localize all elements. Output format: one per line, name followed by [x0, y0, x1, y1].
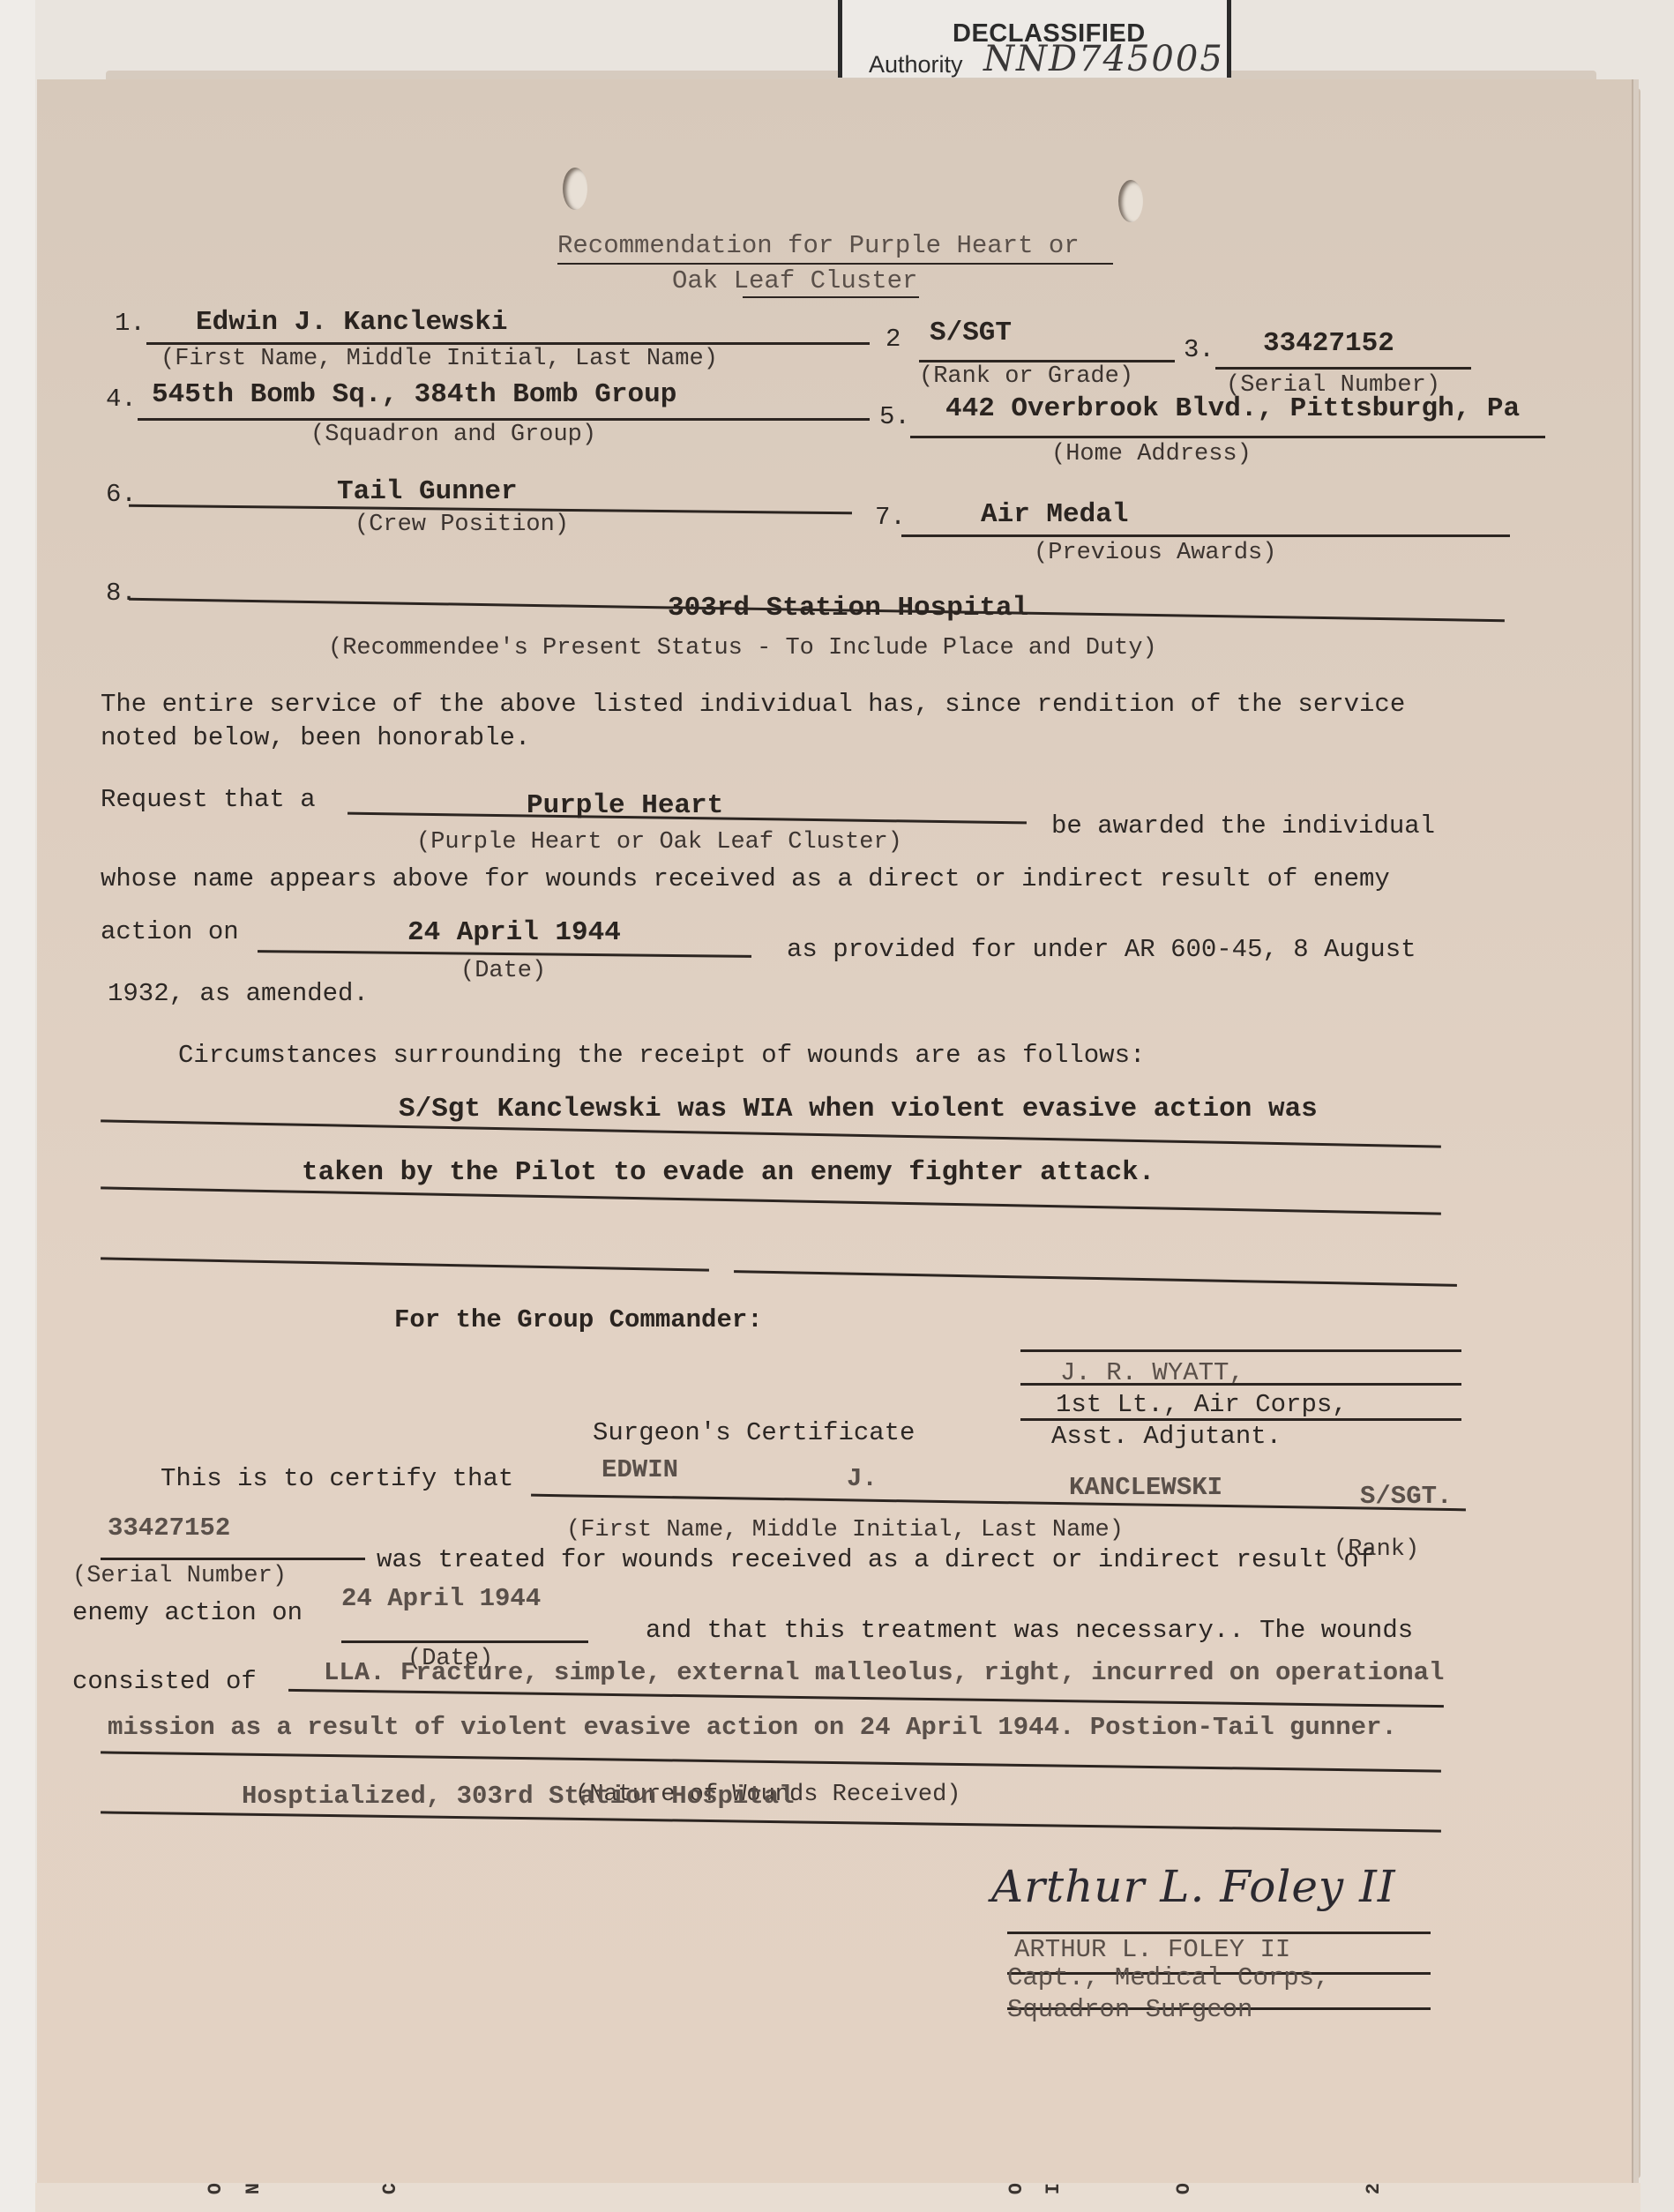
wounds-line1: LLA. Fracture, simple, external malleolu… [324, 1658, 1444, 1687]
certify-prefix: This is to certify that [161, 1464, 513, 1493]
serial-value: 33427152 [1263, 328, 1394, 359]
serial-line [1215, 367, 1471, 370]
surgeon-name-line [531, 1494, 1466, 1512]
field-number: 4. [106, 385, 137, 414]
wounds-line3: Hosptialized, 303rd Station Hospital [242, 1782, 795, 1811]
stamp-authority-value: NND745005 [983, 39, 1224, 79]
necessary-text: and that this treatment was necessary.. … [646, 1616, 1413, 1645]
signer-title: Squadron Surgeon [1007, 1995, 1252, 2024]
commander-rank: 1st Lt., Air Corps, [1056, 1390, 1348, 1419]
surgeon-name-caption: (First Name, Middle Initial, Last Name) [566, 1517, 1124, 1543]
rank-caption: (Rank or Grade) [919, 363, 1133, 390]
surgeon-certificate-heading: Surgeon's Certificate [593, 1418, 915, 1447]
title-underline [743, 296, 919, 298]
address-value: 442 Overbrook Blvd., Pittsburgh, Pa [945, 393, 1520, 424]
underlying-page-strip [35, 2183, 1640, 2212]
circumstances-line1: S/Sgt Kanclewski was WIA when violent ev… [399, 1094, 1318, 1125]
squadron-value: 545th Bomb Sq., 384th Bomb Group [152, 379, 676, 410]
strip-mark: O [1173, 2183, 1195, 2194]
present-status-caption: (Recommendee's Present Status - To Inclu… [328, 635, 1157, 661]
circumstances-heading: Circumstances surrounding the receipt of… [178, 1041, 1145, 1070]
action-date-value: 24 April 1944 [407, 917, 621, 948]
surgeon-date-value: 24 April 1944 [341, 1584, 541, 1613]
strip-mark: C [379, 2183, 401, 2194]
field-number: 5. [879, 402, 910, 431]
circumstances-line2: taken by the Pilot to evade an enemy fig… [302, 1157, 1155, 1188]
action-date-line [258, 950, 751, 958]
request-line3-prefix: action on [101, 917, 239, 946]
previous-awards-caption: (Previous Awards) [1034, 540, 1276, 566]
signer-rank: Capt., Medical Corps, [1007, 1963, 1329, 1992]
title-underline [557, 263, 1113, 265]
field-number: 2 [886, 325, 901, 354]
document-page: Recommendation for Purple Heart or Oak L… [37, 79, 1632, 2183]
field-number: 3. [1184, 335, 1214, 364]
rank-line [919, 360, 1175, 362]
action-date-caption: (Date) [460, 958, 546, 984]
rank-value: S/SGT [930, 318, 1012, 348]
strip-mark: O [1005, 2183, 1028, 2194]
surgeon-last-name: KANCLEWSKI [1069, 1473, 1222, 1502]
strip-mark: 2 [1363, 2183, 1385, 2194]
commander-heading: For the Group Commander: [394, 1305, 763, 1334]
address-line [910, 436, 1545, 438]
request-suffix: be awarded the individual [1051, 811, 1435, 841]
field-number: 8. [106, 579, 137, 608]
strip-mark: I [1043, 2183, 1065, 2194]
punch-hole [563, 168, 587, 210]
consisted-prefix: consisted of [72, 1667, 257, 1696]
signer-name: ARTHUR L. FOLEY II [1014, 1935, 1290, 1964]
surgeon-middle-initial: J. [847, 1464, 878, 1493]
surgeon-first-name: EDWIN [602, 1455, 678, 1484]
surgeon-date-line [341, 1640, 588, 1643]
surgeon-serial-line [101, 1558, 365, 1560]
address-caption: (Home Address) [1051, 441, 1252, 467]
wounds-rule [101, 1811, 1441, 1832]
background [0, 0, 35, 2212]
field-number: 1. [115, 309, 146, 338]
crew-position-value: Tail Gunner [337, 476, 518, 507]
squadron-caption: (Squadron and Group) [310, 422, 596, 448]
service-statement-line2: noted below, been honorable. [101, 723, 530, 752]
request-line3-suffix: as provided for under AR 600-45, 8 Augus… [787, 935, 1416, 964]
punch-hole [1118, 180, 1143, 222]
surgeon-serial-caption: (Serial Number) [72, 1563, 287, 1589]
squadron-line [138, 418, 870, 421]
commander-title-line [1020, 1418, 1461, 1421]
wounds-rule [288, 1689, 1444, 1708]
previous-awards-line [901, 534, 1510, 537]
circumstances-rule [101, 1186, 1441, 1214]
strip-mark: N [243, 2183, 265, 2194]
previous-awards-value: Air Medal [981, 499, 1128, 530]
commander-rank-line [1020, 1383, 1461, 1386]
enemy-action-prefix: enemy action on [72, 1598, 303, 1627]
name-line [146, 342, 870, 345]
name-caption: (First Name, Middle Initial, Last Name) [161, 346, 718, 372]
form-title-line2: Oak Leaf Cluster [672, 266, 917, 295]
circumstances-rule [101, 1257, 709, 1271]
crew-position-caption: (Crew Position) [355, 512, 569, 538]
surgeon-signature: Arthur L. Foley II [991, 1861, 1396, 1912]
form-title-line1: Recommendation for Purple Heart or [557, 231, 1080, 260]
service-statement-line1: The entire service of the above listed i… [101, 690, 1405, 719]
award-caption: (Purple Heart or Oak Leaf Cluster) [416, 829, 902, 856]
circumstances-rule [734, 1270, 1457, 1287]
treated-text: was treated for wounds received as a dir… [377, 1545, 1374, 1574]
request-line2: whose name appears above for wounds rece… [101, 864, 1390, 893]
request-line4: 1932, as amended. [108, 979, 369, 1008]
signature-line [1007, 1932, 1431, 1934]
wounds-line2: mission as a result of violent evasive a… [108, 1713, 1397, 1742]
declassified-stamp: DECLASSIFIED Authority NND745005 [838, 0, 1231, 78]
request-prefix: Request that a [101, 785, 316, 814]
strip-mark: O [205, 2183, 227, 2194]
commander-title: Asst. Adjutant. [1051, 1422, 1282, 1451]
name-value: Edwin J. Kanclewski [196, 307, 507, 338]
stamp-authority-label: Authority [869, 51, 963, 78]
surgeon-serial-value: 33427152 [108, 1513, 230, 1543]
wounds-rule [101, 1751, 1441, 1772]
field-number: 7. [875, 503, 906, 532]
commander-signature-line [1020, 1349, 1461, 1352]
